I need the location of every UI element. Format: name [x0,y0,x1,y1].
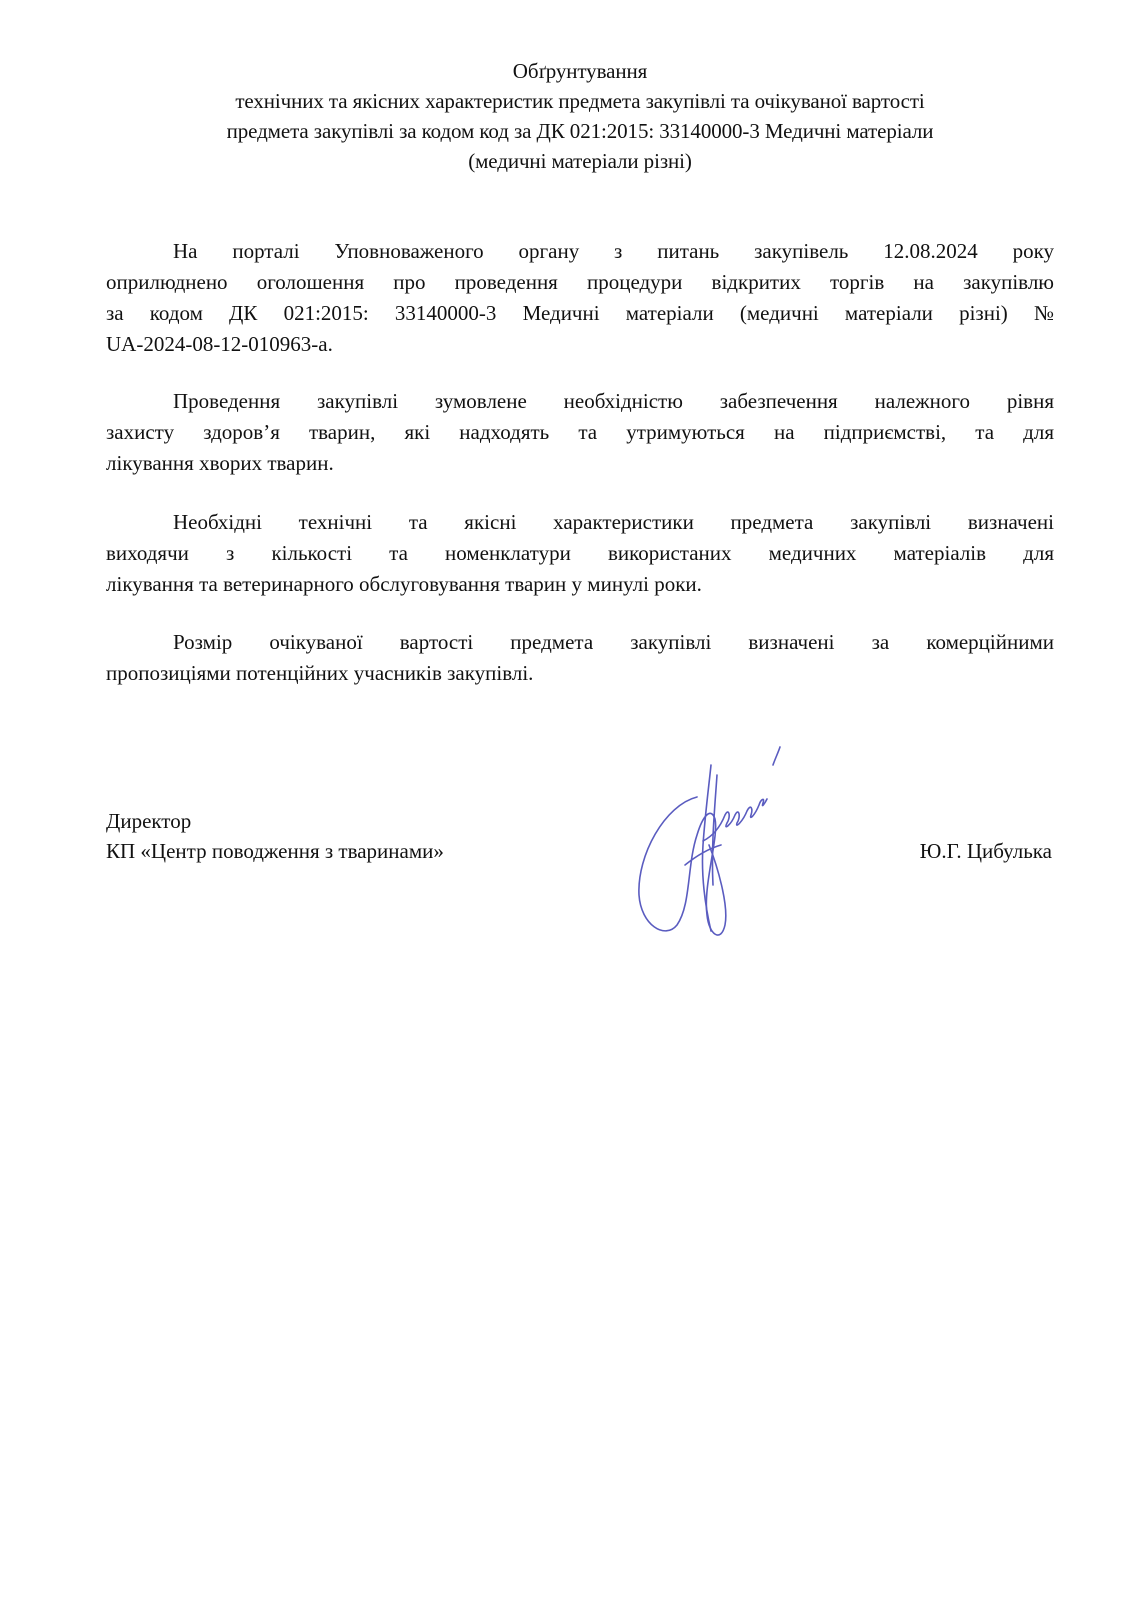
paragraph-line: захисту здоров’я тварин, які надходять т… [106,417,1054,448]
title-line-4: (медичні матеріали різні) [100,146,1060,176]
paragraph-announcement: На порталі Уповноваженого органу з питан… [106,236,1054,360]
document-page: Обґрунтування технічних та якісних харак… [0,0,1131,1600]
paragraph-expected-cost: Розмір очікуваної вартості предмета заку… [106,627,1054,689]
title-line-1: Обґрунтування [100,56,1060,86]
signer-name: Ю.Г. Цибулька [920,836,1052,866]
paragraph-line: виходячи з кількості та номенклатури вик… [106,538,1054,569]
signatory-block: Директор КП «Центр поводження з тваринам… [106,806,444,866]
handwritten-signature-icon [625,745,805,945]
paragraph-line: пропозиціями потенційних учасників закуп… [106,658,1054,689]
paragraph-line: лікування хворих тварин. [106,448,1054,479]
paragraph-line: UA-2024-08-12-010963-а. [106,329,1054,360]
title-line-2: технічних та якісних характеристик предм… [100,86,1060,116]
paragraph-line: Розмір очікуваної вартості предмета заку… [106,627,1054,658]
paragraph-line: Необхідні технічні та якісні характерист… [106,507,1054,538]
paragraph-line: за кодом ДК 021:2015: 33140000-3 Медичні… [106,298,1054,329]
signatory-position: Директор [106,806,444,836]
paragraph-line: лікування та ветеринарного обслуговуванн… [106,569,1054,600]
paragraph-line: Проведення закупівлі зумовлене необхідні… [106,386,1054,417]
paragraph-line: На порталі Уповноваженого органу з питан… [106,236,1054,267]
paragraph-reason: Проведення закупівлі зумовлене необхідні… [106,386,1054,479]
paragraph-technical-characteristics: Необхідні технічні та якісні характерист… [106,507,1054,600]
signatory-organization: КП «Центр поводження з тваринами» [106,836,444,866]
title-line-3: предмета закупівлі за кодом код за ДК 02… [100,116,1060,146]
document-title: Обґрунтування технічних та якісних харак… [100,56,1060,176]
paragraph-line: оприлюднено оголошення про проведення пр… [106,267,1054,298]
